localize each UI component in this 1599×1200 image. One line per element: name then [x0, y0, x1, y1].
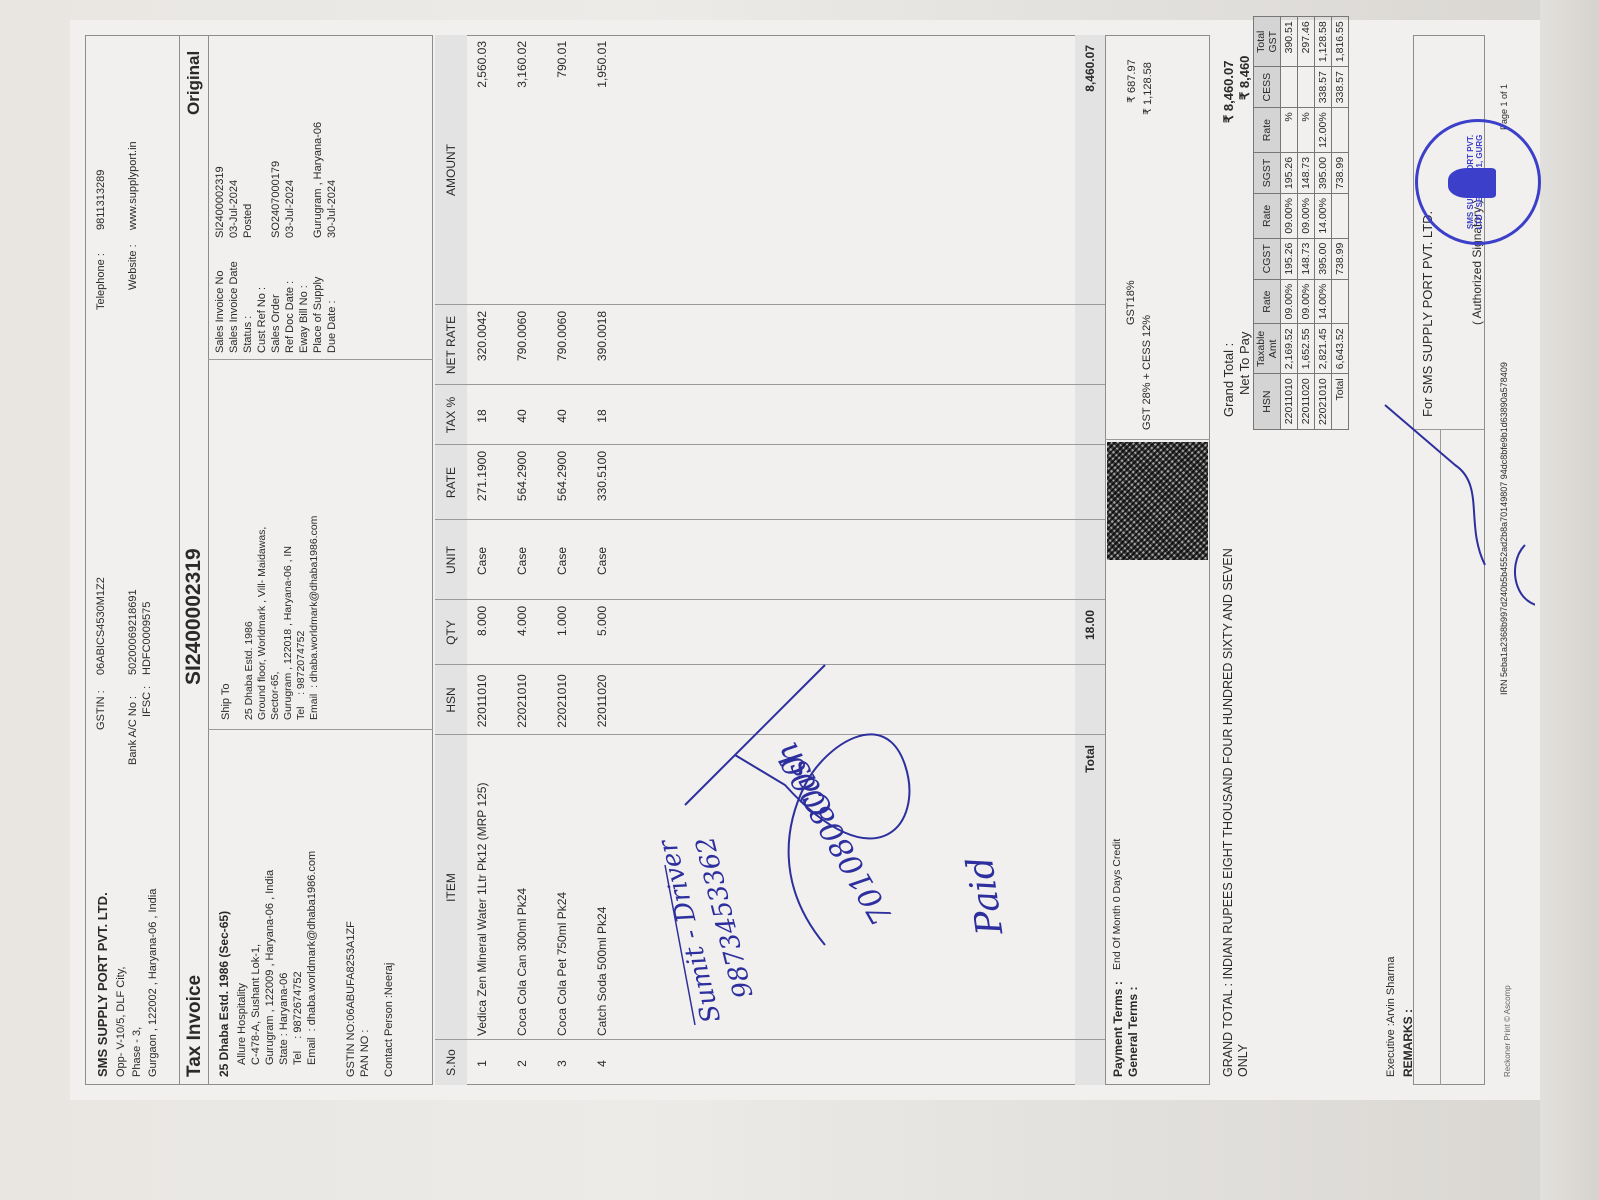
- gst-column-header: SGST: [1254, 152, 1281, 193]
- items-total-label: Total: [1083, 745, 1097, 1040]
- website-label: Website :: [127, 244, 139, 290]
- gst-cell: 09.00%: [1281, 194, 1298, 239]
- ifsc-label: IFSC :: [141, 686, 153, 717]
- gst-cell: 195.26: [1281, 152, 1298, 193]
- column-header: TAX %: [444, 385, 458, 445]
- gst-cell: 1,128.58: [1315, 17, 1332, 67]
- gst-column-header: CESS: [1254, 67, 1281, 108]
- gst-row: Total6,643.52738.99738.99338.571,816.55: [1332, 17, 1349, 430]
- ifsc-value: HDFC0009575: [141, 602, 153, 675]
- gst-column-header: CGST: [1254, 238, 1281, 279]
- gst-cell: 09.00%: [1298, 279, 1315, 324]
- table-cell: 1: [475, 1046, 489, 1081]
- table-cell: Case: [555, 526, 569, 596]
- amount-in-words: GRAND TOTAL : INDIAN RUPEES EIGHT THOUSA…: [1221, 548, 1235, 1077]
- tax-summary-label-2: GST 28% + CESS 12%: [1141, 315, 1153, 430]
- column-divider: [435, 599, 1105, 600]
- company-name: SMS SUPPLY PORT PVT. LTD.: [95, 892, 110, 1077]
- table-cell: 390.0018: [595, 311, 609, 381]
- invoice-meta-row: Sales Invoice Date03-Jul-2024: [227, 122, 241, 353]
- gst-cell: 148.73: [1298, 238, 1315, 279]
- tax-summary-value-2: ₹ 1,128.58: [1141, 62, 1154, 115]
- table-cell: 320.0042: [475, 311, 489, 381]
- ship-to-line: Sector-65,: [269, 516, 282, 720]
- gst-row: 220110102,169.5209.00%195.2609.00%195.26…: [1281, 17, 1298, 430]
- items-total-amount: 8,460.07: [1083, 45, 1097, 305]
- table-cell: 22011020: [595, 671, 609, 731]
- gst-cell: %: [1281, 108, 1298, 153]
- bill-to-line: Email : dhaba.worldmark@dhaba1986.com: [305, 851, 319, 1065]
- gst-cell: 22011020: [1298, 374, 1315, 430]
- bill-to-line: Tel : 9872674752: [291, 851, 305, 1065]
- table-cell: Case: [595, 526, 609, 596]
- gst-cell: 148.73: [1298, 152, 1315, 193]
- table-cell: Catch Soda 500ml Pk24: [595, 741, 609, 1036]
- table-cell: 8.000: [475, 606, 489, 661]
- ship-to-line: Ground floor, Worldmark , Vill- Maidawas…: [256, 516, 269, 720]
- bill-to-name: 25 Dhaba Estd. 1986 (Sec-65): [217, 911, 231, 1077]
- gst-cell: 390.51: [1281, 17, 1298, 67]
- bill-to-gstin: GSTIN NO:06ABUFA8253A1ZF: [345, 921, 357, 1077]
- gstin-label: GSTIN :: [95, 690, 107, 730]
- table-cell: 40: [515, 391, 529, 441]
- payment-terms-value: End Of Month 0 Days Credit: [1111, 839, 1123, 970]
- gst-cell: 14.00%: [1315, 279, 1332, 324]
- invoice-meta-row: Eway Bill No :: [297, 122, 311, 353]
- table-cell: Vedica Zen Mineral Water 1Ltr Pk12 (MRP …: [475, 741, 489, 1036]
- gst-cell: 2,169.52: [1281, 324, 1298, 374]
- table-cell: 22021010: [555, 671, 569, 731]
- tax-summary-value-1: ₹ 687.97: [1125, 59, 1138, 103]
- invoice-meta: Sales Invoice NoSI2400002319Sales Invoic…: [213, 122, 339, 353]
- gst-cell: [1298, 67, 1315, 108]
- irn: IRN 5eba1a2368b997d240b5b4552ad2b8a70149…: [1499, 362, 1509, 695]
- company-stamp: SMS SUPPLY PORT PVT. LTD · SECTOR 01, GU…: [1415, 119, 1541, 245]
- ship-to-line: 25 Dhaba Estd. 1986: [243, 516, 256, 720]
- copy-label: Original: [184, 51, 204, 115]
- table-cell: 564.2900: [515, 451, 529, 516]
- column-header: NET RATE: [444, 305, 458, 385]
- ship-to-label: Ship To: [220, 684, 232, 721]
- table-cell: 22011010: [475, 671, 489, 731]
- column-divider: [435, 444, 1105, 445]
- table-cell: 271.1900: [475, 451, 489, 516]
- invoice-document: SMS SUPPLY PORT PVT. LTD. Opp- V-10/5, D…: [85, 35, 1535, 1085]
- gst-cell: Total: [1332, 374, 1349, 430]
- table-cell: 790.0060: [555, 311, 569, 381]
- table-cell: 4: [595, 1046, 609, 1081]
- net-to-pay-label: Net To Pay: [1237, 332, 1252, 395]
- invoice-meta-row: Status :Posted: [241, 122, 255, 353]
- table-cell: 790.0060: [515, 311, 529, 381]
- invoice-meta-row: Place of SupplyGurugram , Haryana-06: [311, 122, 325, 353]
- qr-code[interactable]: [1107, 442, 1208, 560]
- table-cell: 3: [555, 1046, 569, 1081]
- gst-column-header: Taxable Amt: [1254, 324, 1281, 374]
- table-cell: 4.000: [515, 606, 529, 661]
- gst-column-header: HSN: [1254, 374, 1281, 430]
- gst-cell: %: [1298, 108, 1315, 153]
- table-cell: 2,560.03: [475, 41, 489, 301]
- gst-cell: 2,821.45: [1315, 324, 1332, 374]
- bill-to-line: State : Haryana-06: [277, 851, 291, 1065]
- column-divider: [435, 384, 1105, 385]
- bank-label: Bank A/C No :: [127, 696, 139, 765]
- gst-cell: 6,643.52: [1332, 324, 1349, 374]
- gst-cell: 738.99: [1332, 152, 1349, 193]
- table-cell: 5.000: [595, 606, 609, 661]
- company-address-3: Gurgaon , 122002 , Haryana-06 , India: [147, 889, 159, 1077]
- telephone-label: Telephone :: [95, 253, 107, 310]
- gst-cell: 22021010: [1315, 374, 1332, 430]
- tax-summary-label-1: GST18%: [1125, 280, 1137, 325]
- gst-cell: 12.00%: [1315, 108, 1332, 153]
- stamp-emblem-icon: [1448, 168, 1496, 198]
- bank-value: 50200069218691: [127, 589, 139, 675]
- items-total-qty: 18.00: [1083, 610, 1097, 665]
- gst-cell: 14.00%: [1315, 194, 1332, 239]
- table-cell: Case: [475, 526, 489, 596]
- table-cell: 22021010: [515, 671, 529, 731]
- column-header: ITEM: [444, 735, 458, 1040]
- gst-cell: 09.00%: [1281, 279, 1298, 324]
- column-header: S.No: [444, 1040, 458, 1085]
- table-cell: Case: [515, 526, 529, 596]
- table-cell: Coca Cola Can 300ml Pk24: [515, 741, 529, 1036]
- gst-column-header: Rate: [1254, 279, 1281, 324]
- grand-total-label: Grand Total :: [1221, 343, 1236, 417]
- gst-cell: 297.46: [1298, 17, 1315, 67]
- table-cell: 18: [475, 391, 489, 441]
- bill-to-line: Gurugram , 122009 , Haryana-06 , India: [263, 851, 277, 1065]
- gst-cell: 338.57: [1332, 67, 1349, 108]
- gstin-value: 06ABICS4530M1Z2: [95, 577, 107, 675]
- column-header: HSN: [444, 665, 458, 735]
- ship-to-line: Gurugram , 122018 , Haryana-06 , IN: [282, 516, 295, 720]
- table-cell: 330.5100: [595, 451, 609, 516]
- contact-person: Contact Person :Neeraj: [383, 963, 395, 1077]
- column-header: UNIT: [444, 520, 458, 600]
- amount-in-words-2: ONLY: [1236, 1044, 1250, 1077]
- gst-summary-table: HSNTaxable AmtRateCGSTRateSGSTRateCESSTo…: [1253, 16, 1349, 430]
- gst-row: 220110201,652.5509.00%148.7309.00%148.73…: [1298, 17, 1315, 430]
- gst-cell: 09.00%: [1298, 194, 1315, 239]
- column-divider: [435, 664, 1105, 665]
- gst-cell: 22011010: [1281, 374, 1298, 430]
- gst-cell: 395.00: [1315, 238, 1332, 279]
- gst-cell: 395.00: [1315, 152, 1332, 193]
- company-address-1: Opp- V-10/5, DLF City,: [115, 967, 127, 1077]
- bill-to-pan: PAN NO :: [359, 1030, 371, 1077]
- invoice-number-heading: SI2400002319: [182, 548, 206, 685]
- table-cell: 1.000: [555, 606, 569, 661]
- column-header: RATE: [444, 445, 458, 520]
- invoice-meta-row: Sales OrderSO2407000179: [269, 122, 283, 353]
- gst-cell: [1281, 67, 1298, 108]
- gst-row: 220210102,821.4514.00%395.0014.00%395.00…: [1315, 17, 1332, 430]
- executive-name: Executive :Arvin Sharma: [1385, 957, 1397, 1077]
- background: [1540, 0, 1599, 1200]
- gst-cell: 195.26: [1281, 238, 1298, 279]
- table-cell: 1,950.01: [595, 41, 609, 301]
- invoice-meta-row: Sales Invoice NoSI2400002319: [213, 122, 227, 353]
- footer-credit: Reckoner Print © Ascomp: [1503, 985, 1512, 1077]
- gst-cell: 338.57: [1315, 67, 1332, 108]
- column-divider: [435, 304, 1105, 305]
- table-cell: 3,160.02: [515, 41, 529, 301]
- grand-total-value: ₹ 8,460.07: [1221, 61, 1237, 124]
- gst-column-header: Rate: [1254, 108, 1281, 153]
- table-cell: Coca Cola Pet 750ml Pk24: [555, 741, 569, 1036]
- bill-to-line: Allure Hospitality: [235, 851, 249, 1065]
- table-cell: 790.01: [555, 41, 569, 301]
- telephone-value: 9811313289: [95, 170, 107, 230]
- invoice-meta-row: Due Date :30-Jul-2024: [325, 122, 339, 353]
- table-cell: 2: [515, 1046, 529, 1081]
- company-address-2: Phase - 3,: [131, 1027, 143, 1077]
- general-terms-label: General Terms :: [1126, 987, 1140, 1077]
- invoice-meta-row: Cust Ref No :: [255, 122, 269, 353]
- column-divider: [435, 734, 1105, 735]
- column-divider: [435, 1039, 1105, 1040]
- gst-cell: [1332, 108, 1349, 153]
- for-company: For SMS SUPPLY PORT PVT. LTD.: [1420, 211, 1435, 417]
- gst-cell: 1,816.55: [1332, 17, 1349, 67]
- bill-to-line: C-478-A, Sushant Lok-1,: [249, 851, 263, 1065]
- column-header: QTY: [444, 600, 458, 665]
- gst-cell: [1332, 279, 1349, 324]
- gst-column-header: Total GST: [1254, 17, 1281, 67]
- table-cell: 18: [595, 391, 609, 441]
- column-header: AMOUNT: [444, 35, 458, 305]
- table-cell: 564.2900: [555, 451, 569, 516]
- ship-to-line: Tel : 9872074752: [295, 516, 308, 720]
- ship-to-line: Email : dhaba.worldmark@dhaba1986.com: [308, 516, 321, 720]
- invoice-meta-row: Ref Doc Date :03-Jul-2024: [283, 122, 297, 353]
- bill-to-address: Allure HospitalityC-478-A, Sushant Lok-1…: [235, 851, 319, 1065]
- net-to-pay-value: ₹ 8,460: [1237, 56, 1253, 100]
- document-title: Tax Invoice: [184, 975, 206, 1077]
- gst-cell: 1,652.55: [1298, 324, 1315, 374]
- table-cell: 40: [555, 391, 569, 441]
- gst-cell: [1332, 194, 1349, 239]
- website-link[interactable]: www.supplyport.in: [127, 141, 139, 230]
- gst-cell: 738.99: [1332, 238, 1349, 279]
- ship-to-address: 25 Dhaba Estd. 1986Ground floor, Worldma…: [243, 516, 321, 720]
- column-divider: [435, 519, 1105, 520]
- gst-column-header: Rate: [1254, 194, 1281, 239]
- payment-terms-label: Payment Terms :: [1111, 981, 1125, 1077]
